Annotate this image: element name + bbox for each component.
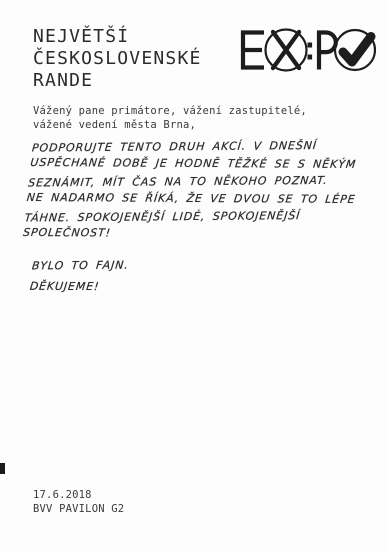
greeting: Vážený pane primátore, vážení zastupitel… (33, 105, 307, 132)
greeting-line-1: Vážený pane primátore, vážení zastupitel… (33, 105, 307, 119)
expo-logo (238, 26, 376, 74)
title-line-2: ČESKOSLOVENSKÉ (33, 48, 202, 70)
x-circle-icon (266, 30, 307, 71)
title-line-3: RANDE (33, 70, 202, 92)
scanned-letter-page: NEJVĚTŠÍ ČESKOSLOVENSKÉ RANDE (0, 0, 390, 552)
event-date: 17.6.2018 (33, 489, 124, 503)
page-title: NEJVĚTŠÍ ČESKOSLOVENSKÉ RANDE (33, 26, 202, 92)
handwritten-closing: BYLO TO FAJN. DĚKUJEME! (29, 256, 130, 297)
event-venue: BVV PAVILON G2 (33, 503, 124, 517)
greeting-line-2: vážené vedení města Brna, (33, 119, 307, 133)
scan-artifact (0, 463, 5, 474)
logo-letter-p (317, 31, 336, 70)
logo-colon (308, 43, 313, 60)
closing-line-1: BYLO TO FAJN. (31, 256, 130, 277)
handwriting-line-4: NE NADARMO SE ŘÍKÁ, ŽE VE DVOU SE TO LÉP… (26, 189, 373, 209)
title-line-1: NEJVĚTŠÍ (33, 26, 202, 48)
handwritten-message: PODPORUJTE TENTO DRUH AKCÍ. V DNEŠNÍ USP… (22, 138, 378, 242)
logo-letter-e (241, 31, 264, 70)
handwriting-line-6: SPOLEČNOST! (22, 224, 369, 244)
closing-line-2: DĚKUJEME! (29, 276, 128, 297)
event-footer: 17.6.2018 BVV PAVILON G2 (33, 489, 124, 516)
check-circle-icon (335, 30, 375, 70)
